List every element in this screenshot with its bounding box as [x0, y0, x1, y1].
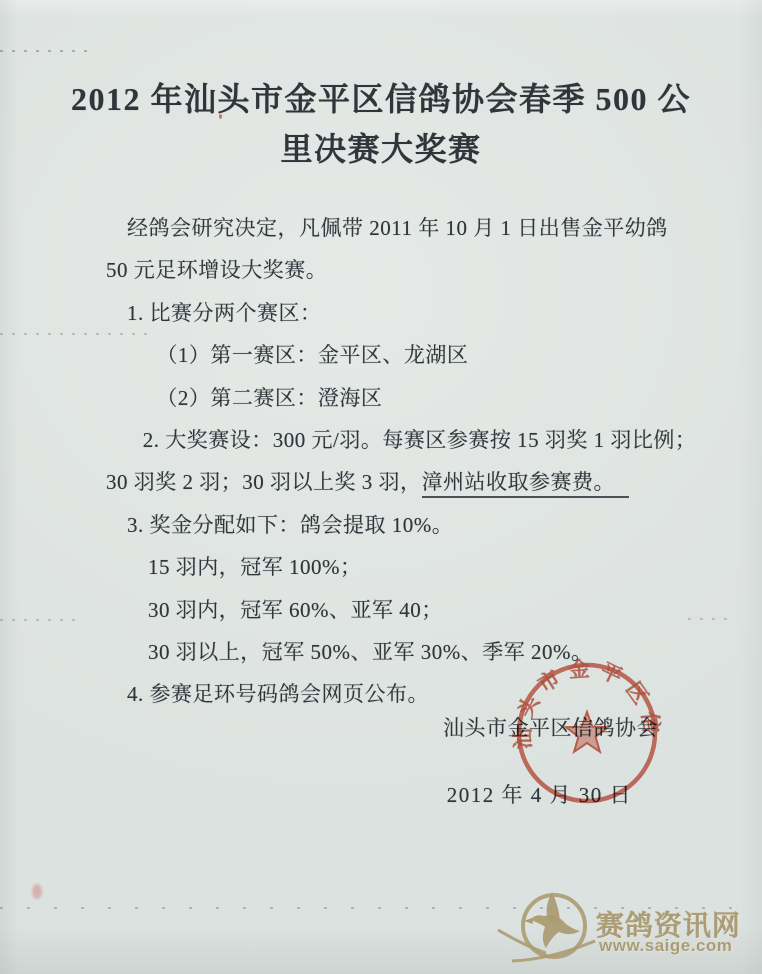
scan-noise-dashes — [688, 618, 736, 620]
scan-noise-dashes — [0, 333, 150, 335]
watermark-site-url: www.saige.com — [599, 936, 732, 956]
pigeon-logo-icon — [492, 880, 596, 972]
scan-noise-dashes — [0, 50, 92, 52]
official-seal-stamp: 汕头市金平区信鸽协会 — [512, 658, 662, 808]
scanned-document-page: 2012 年汕头市金平区信鸽协会春季 500 公 里决赛大奖赛 经鸽会研究决定，… — [0, 0, 762, 974]
document-title: 2012 年汕头市金平区信鸽协会春季 500 公 里决赛大奖赛 — [48, 74, 714, 174]
scan-pink-smudge — [32, 884, 42, 899]
scan-noise-dashes — [0, 619, 82, 621]
prize-line-15: 15 羽内，冠军 100%； — [106, 546, 694, 588]
intro-line-1: 经鸽会研究决定，凡佩带 2011 年 10 月 1 日出售金平幼鸽 — [106, 207, 694, 249]
saige-watermark: 赛鸽资讯网 www.saige.com — [492, 880, 762, 972]
scan-red-speck — [219, 114, 222, 119]
prize-line-30: 30 羽内，冠军 60%、亚军 40； — [106, 589, 694, 631]
rule-item-2-line-2-plain: 30 羽奖 2 羽；30 羽以上奖 3 羽， — [106, 470, 422, 494]
rule-item-3: 3. 奖金分配如下：鸽会提取 10%。 — [106, 504, 694, 546]
scan-noise-dotted-line — [0, 907, 756, 909]
rule-item-2-underlined-text: 漳州站收取参赛费。 — [422, 470, 630, 498]
document-body: 经鸽会研究决定，凡佩带 2011 年 10 月 1 日出售金平幼鸽 50 元足环… — [0, 207, 762, 716]
title-line-1: 2012 年汕头市金平区信鸽协会春季 500 公 — [48, 74, 714, 124]
rule-item-2-line-2: 30 羽奖 2 羽；30 羽以上奖 3 羽，漳州站收取参赛费。 — [106, 461, 694, 503]
star-icon — [566, 712, 608, 752]
rule-item-2-line-1: 2. 大奖赛设：300 元/羽。每赛区参赛按 15 羽奖 1 羽比例； — [106, 419, 694, 461]
title-line-2: 里决赛大奖赛 — [48, 124, 714, 174]
rule-item-1-sub-1: （1）第一赛区：金平区、龙湖区 — [106, 334, 694, 376]
rule-item-1-sub-2: （2）第二赛区：澄海区 — [106, 377, 694, 419]
intro-line-2: 50 元足环增设大奖赛。 — [106, 249, 694, 291]
rule-item-1: 1. 比赛分两个赛区： — [106, 292, 694, 334]
